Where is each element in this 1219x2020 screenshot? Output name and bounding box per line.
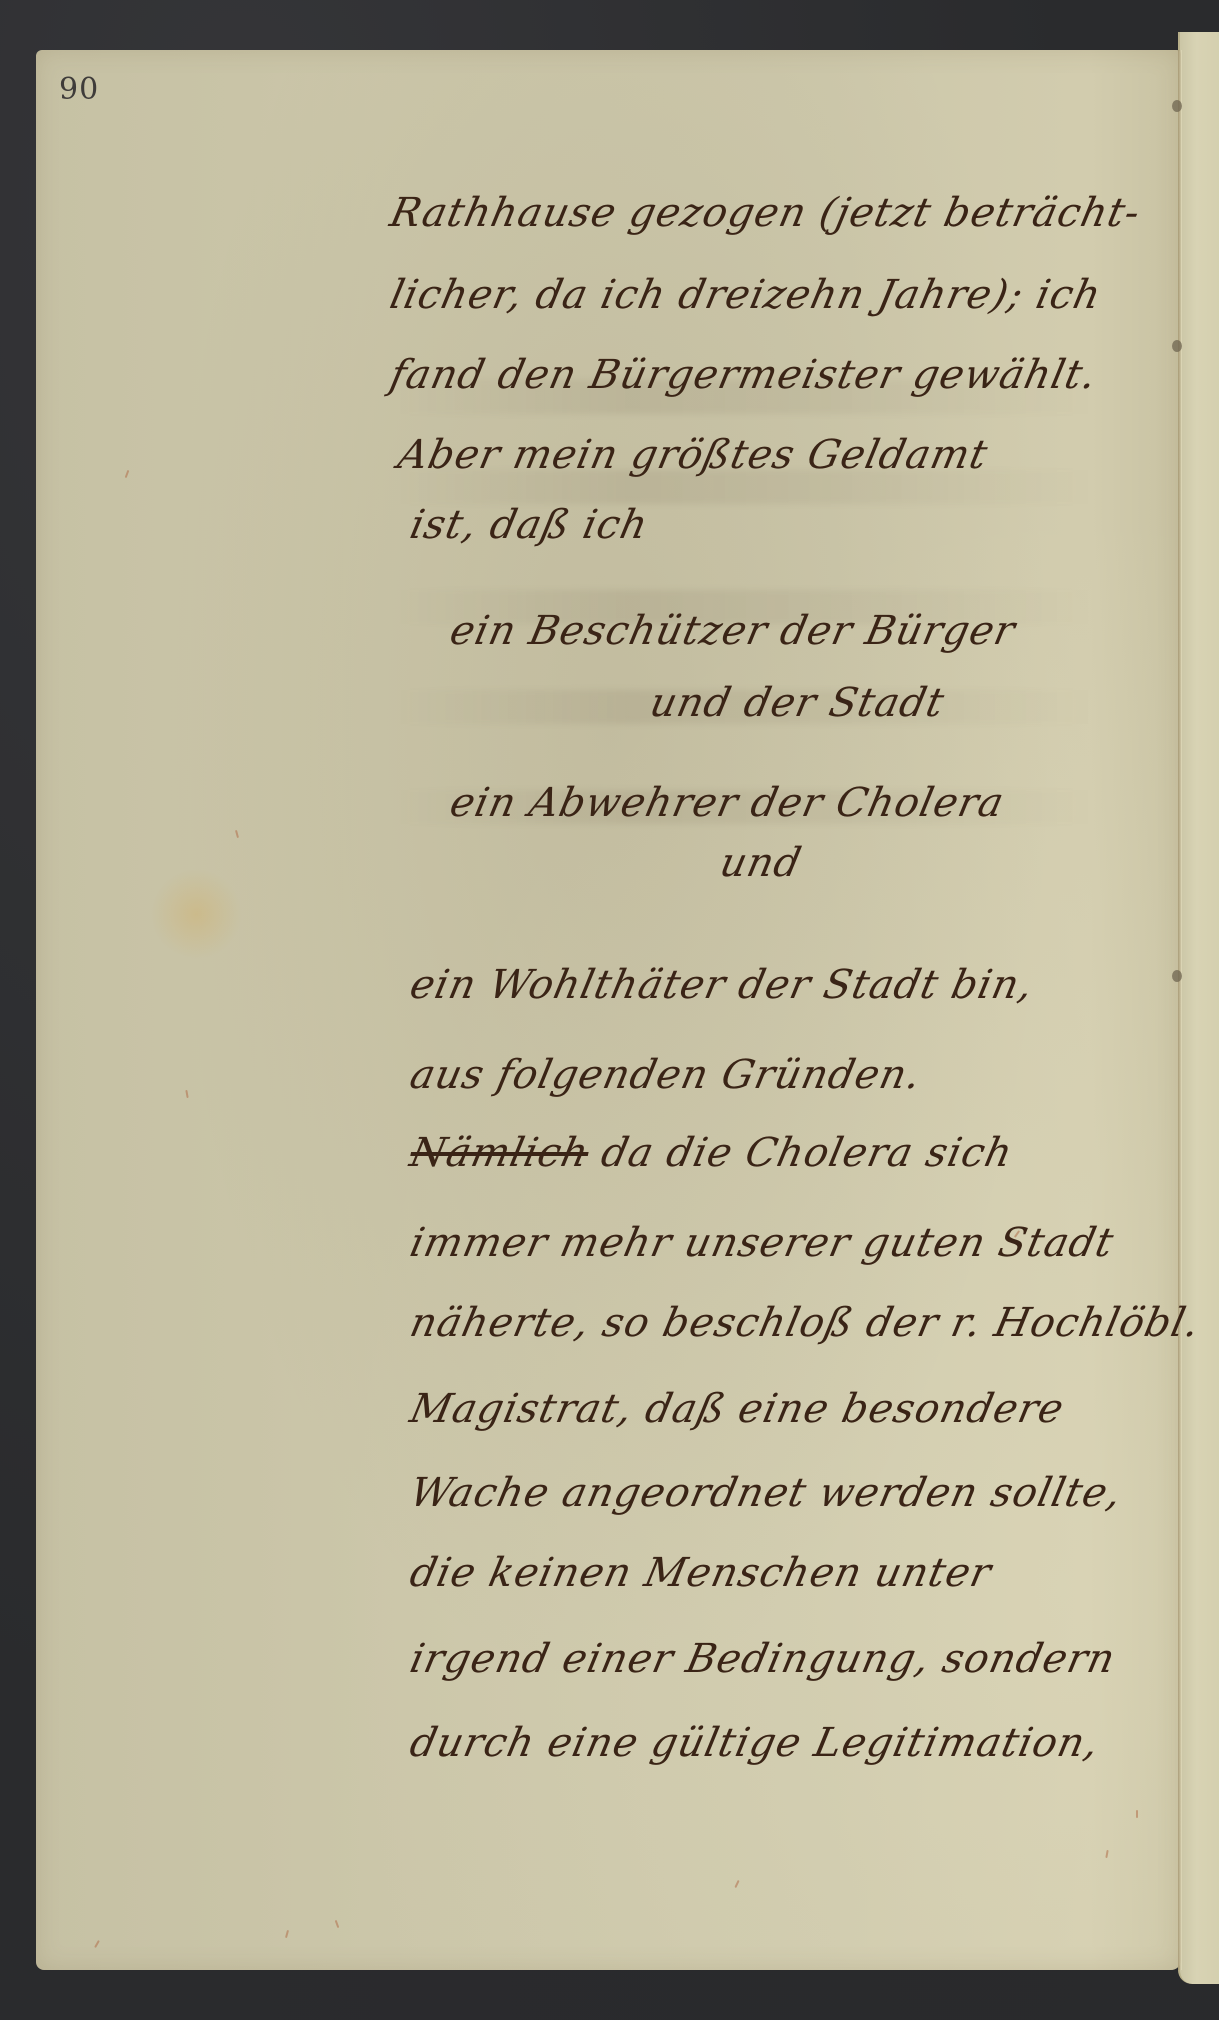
text-line: Rathhause gezogen (jetzt beträcht- <box>386 190 1145 236</box>
text-line: und der Stadt <box>646 680 949 726</box>
text-line: näherte, so beschloß der r. Hochlöbl. <box>406 1300 1204 1346</box>
paper-fiber <box>335 1920 340 1928</box>
paper-fiber <box>285 1930 289 1938</box>
text-line: ein Abwehrer der Cholera <box>446 780 1009 826</box>
binding-hole <box>1172 340 1182 352</box>
paper-fiber <box>1105 1850 1108 1858</box>
manuscript-page: 90 Rathhause gezogen (jetzt beträcht- li… <box>36 50 1181 1970</box>
text-line: Aber mein größtes Geldamt <box>394 432 992 478</box>
text-line: ein Wohlthäter der Stadt bin, <box>406 962 1038 1008</box>
paper-fiber <box>734 1880 739 1888</box>
text-line: fand den Bürgermeister gewählt. <box>386 352 1101 398</box>
text-line: durch eine gültige Legitimation, <box>406 1720 1103 1766</box>
text-line: licher, da ich dreizehn Jahre); ich <box>386 272 1106 318</box>
paper-fiber <box>185 1090 188 1098</box>
text-line: irgend einer Bedingung, sondern <box>406 1636 1120 1682</box>
struck-word: Nämlich <box>406 1130 593 1176</box>
page-number: 90 <box>59 72 99 107</box>
paper-fiber <box>235 830 239 838</box>
text-line: und <box>716 840 806 886</box>
paper-fiber <box>94 1940 100 1948</box>
text-line: immer mehr unserer guten Stadt <box>406 1220 1118 1266</box>
paper-fiber <box>125 470 130 478</box>
binding-hole <box>1172 970 1182 982</box>
text-line: aus folgenden Gründen. <box>406 1052 925 1098</box>
paper-fiber <box>1136 1810 1138 1818</box>
text-line: Wache angeordnet werden sollte, <box>406 1470 1126 1516</box>
binding-hole <box>1172 100 1182 112</box>
text-line: ein Beschützer der Bürger <box>446 608 1020 654</box>
gutter-fold <box>1178 50 1182 1970</box>
text-line: die keinen Menschen unter <box>406 1550 996 1596</box>
text-line: ist, daß ich <box>406 502 652 548</box>
text-line: Magistrat, daß eine besondere <box>406 1386 1068 1432</box>
facing-page-edge <box>1178 32 1219 1984</box>
text-line-with-strikethrough: Nämlich da die Cholera sich <box>406 1130 1017 1176</box>
